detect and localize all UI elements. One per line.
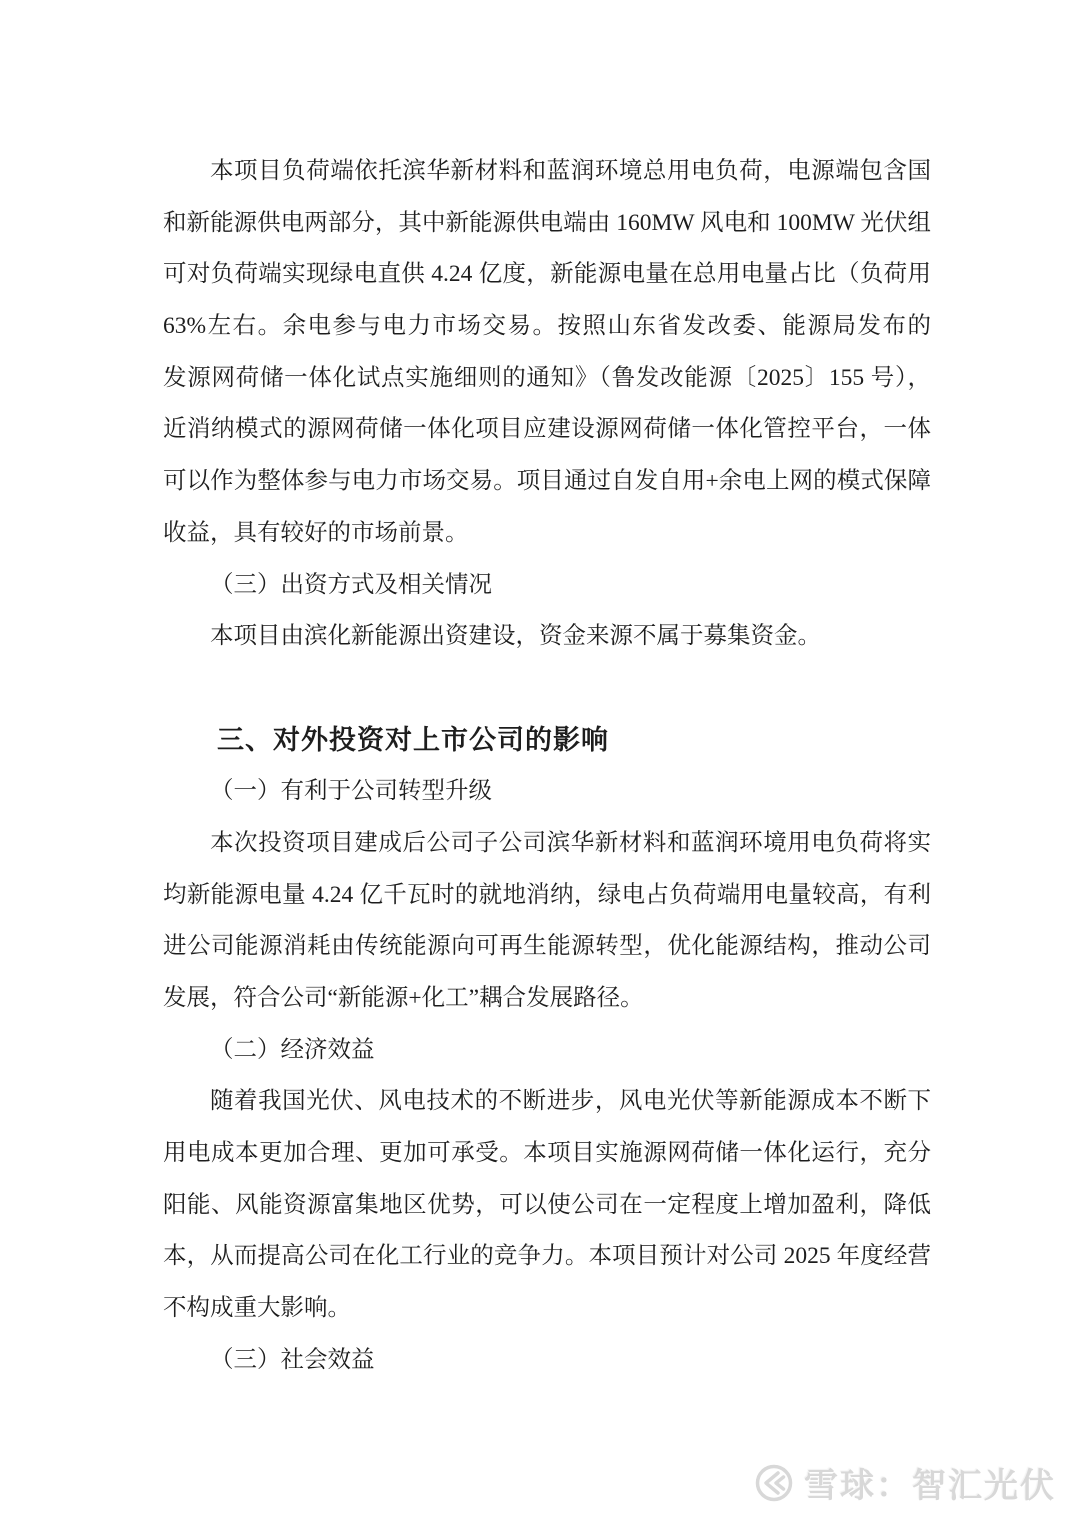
para3-line: 随着我国光伏、风电技术的不断进步，风电光伏等新能源成本不断下降，使 [163, 1076, 931, 1128]
subheading-funding: （三）出资方式及相关情况 [163, 560, 931, 612]
para1-line: 可对负荷端实现绿电直供 4.24 亿度，新能源电量在总用电量占比（负荷用电量） [163, 249, 931, 301]
para3-line: 用电成本更加合理、更加可承受。本项目实施源网荷储一体化运行，充分发挥太 [163, 1128, 931, 1180]
xueqiu-snowball-icon [754, 1463, 794, 1503]
subheading-economic: （二）经济效益 [163, 1025, 931, 1077]
section-heading: 三、对外投资对上市公司的影响 [163, 715, 931, 767]
document-body: 本项目负荷端依托滨华新材料和蓝润环境总用电负荷，电源端包含国网供电 和新能源供电… [163, 146, 931, 1387]
para2-line: 进公司能源消耗由传统能源向可再生能源转型，优化能源结构，推动公司高质量 [163, 921, 931, 973]
para1-line: 发源网荷储一体化试点实施细则的通知》（鲁发改能源〔2025〕155 号），就地就 [163, 353, 931, 405]
subheading-social: （三）社会效益 [163, 1335, 931, 1387]
para1-line: 和新能源供电两部分，其中新能源供电端由 160MW 风电和 100MW 光伏组成… [163, 198, 931, 250]
subheading-transform: （一）有利于公司转型升级 [163, 766, 931, 818]
para2-line: 本次投资项目建成后公司子公司滨华新材料和蓝润环境用电负荷将实现年 [163, 818, 931, 870]
para2-line: 发展，符合公司“新能源+化工”耦合发展路径。 [163, 973, 931, 1025]
watermark-text: 雪球：智汇光伏 [804, 1458, 1056, 1507]
para3-line: 本，从而提高公司在化工行业的竞争力。本项目预计对公司 2025 年度经营业绩 [163, 1231, 931, 1283]
blank-line [163, 663, 931, 715]
para-funding: 本项目由滨化新能源出资建设，资金来源不属于募集资金。 [163, 611, 931, 663]
para3-line: 不构成重大影响。 [163, 1283, 931, 1335]
document-page: 本项目负荷端依托滨华新材料和蓝润环境总用电负荷，电源端包含国网供电 和新能源供电… [0, 0, 1080, 1527]
para1-line: 63%左右。余电参与电力市场交易。按照山东省发改委、能源局发布的《关于印 [163, 301, 931, 353]
para1-line: 本项目负荷端依托滨华新材料和蓝润环境总用电负荷，电源端包含国网供电 [163, 146, 931, 198]
watermark: 雪球：智汇光伏 [754, 1458, 1056, 1507]
para3-line: 阳能、风能资源富集地区优势，可以使公司在一定程度上增加盈利，降低生产成 [163, 1180, 931, 1232]
para1-line: 收益，具有较好的市场前景。 [163, 508, 931, 560]
para1-line: 可以作为整体参与电力市场交易。项目通过自发自用+余电上网的模式保障项目 [163, 456, 931, 508]
para1-line: 近消纳模式的源网荷储一体化项目应建设源网荷储一体化管控平台，一体化项目 [163, 404, 931, 456]
para2-line: 均新能源电量 4.24 亿千瓦时的就地消纳，绿电占负荷端用电量较高，有利于促 [163, 870, 931, 922]
